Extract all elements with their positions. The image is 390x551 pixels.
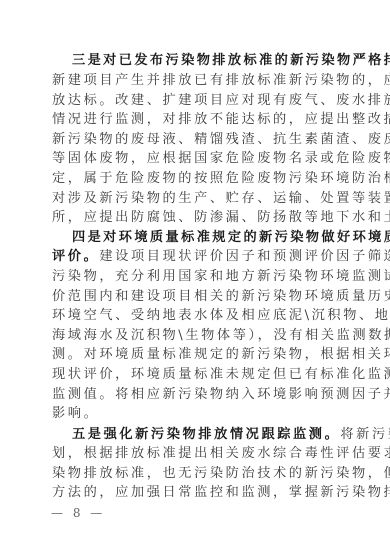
paragraph-line: 价范围内和建设项目相关的新污染物环境质量历史监测资料（包括 [52, 287, 342, 307]
heading-section-5: 五是强化新污染物排放情况跟踪监测。 [72, 427, 340, 442]
paragraph-line: 等固体废物，应根据国家危险废物名录或危险废物鉴别标准进行判 [52, 149, 342, 169]
heading-section-4: 四是对环境质量标准规定的新污染物做好环境质量现状和影响 [72, 228, 342, 248]
paragraph-line: 放达标。改建、扩建项目应对现有废气、废水排放口新污染物排放 [52, 91, 342, 111]
paragraph-line: 所，应提出防腐蚀、防渗漏、防扬散等地下水和土壤污染防治措施。 [52, 208, 342, 228]
paragraph-line: 影响。 [52, 404, 342, 424]
document-page: 三是对已发布污染物排放标准的新污染物严格排放达标要求。 新建项目产生并排放已有排… [0, 0, 390, 551]
paragraph-text: 建设项目现状评价因子和预测评价因子筛选应考虑涉及的新 [99, 249, 390, 264]
paragraph-line: 现状评价，环境质量标准未规定但已有标准化监测方法的，应给出 [52, 365, 342, 385]
paragraph-line: 情况进行监测，对排放不能达标的，应提出整改措施。对可能涉及 [52, 110, 342, 130]
paragraph-text: 将新污染物纳入监测计 [340, 427, 390, 442]
paragraph-line: 测。对环境质量标准规定的新污染物，根据相关环境质量标准进行 [52, 345, 342, 365]
paragraph-line: 定，属于危险废物的按照危险废物污染环境防治相关要求进行管理。 [52, 169, 342, 189]
paragraph-line: 新建项目产生并排放已有排放标准新污染物的，应采取措施确保排 [52, 71, 342, 91]
paragraph-line: 污染物，充分利用国家和地方新污染物环境监测试点成果，收集评 [52, 267, 342, 287]
paragraph-line: 海域海水及沉积物\生物体等），没有相关监测数据的，进行补充监 [52, 326, 342, 346]
paragraph-line: 五是强化新污染物排放情况跟踪监测。将新污染物纳入监测计 [72, 425, 342, 445]
page-number: — 8 — [51, 506, 105, 520]
paragraph-line: 对涉及新污染物的生产、贮存、运输、处置等装置、设备设施及场 [52, 189, 342, 209]
paragraph-line: 染物排放标准，也无污染防治技术的新污染物，但已有标准化监测 [52, 464, 342, 484]
heading-section-3: 三是对已发布污染物排放标准的新污染物严格排放达标要求。 [72, 51, 342, 71]
paragraph-line: 评价。建设项目现状评价因子和预测评价因子筛选应考虑涉及的新 [52, 247, 342, 267]
paragraph-line: 划，根据排放标准提出相关废水综合毒性评估要求；对既未发布污 [52, 444, 342, 464]
paragraph-line: 监测值。将相应新污染物纳入环境影响预测因子并预测评价其环境 [52, 385, 342, 405]
paragraph-line: 方法的，应加强日常监控和监测，掌握新污染物排放情况。将周边 [52, 483, 342, 503]
paragraph-line: 环境空气、受纳地表水体及相应底泥\沉积物、地下水和土壤、周边 [52, 306, 342, 326]
paragraph-line: 新污染物的废母液、精馏残渣、抗生素菌渣、废反应基和废培养基 [52, 130, 342, 150]
heading-section-4-end: 评价。 [52, 249, 99, 264]
